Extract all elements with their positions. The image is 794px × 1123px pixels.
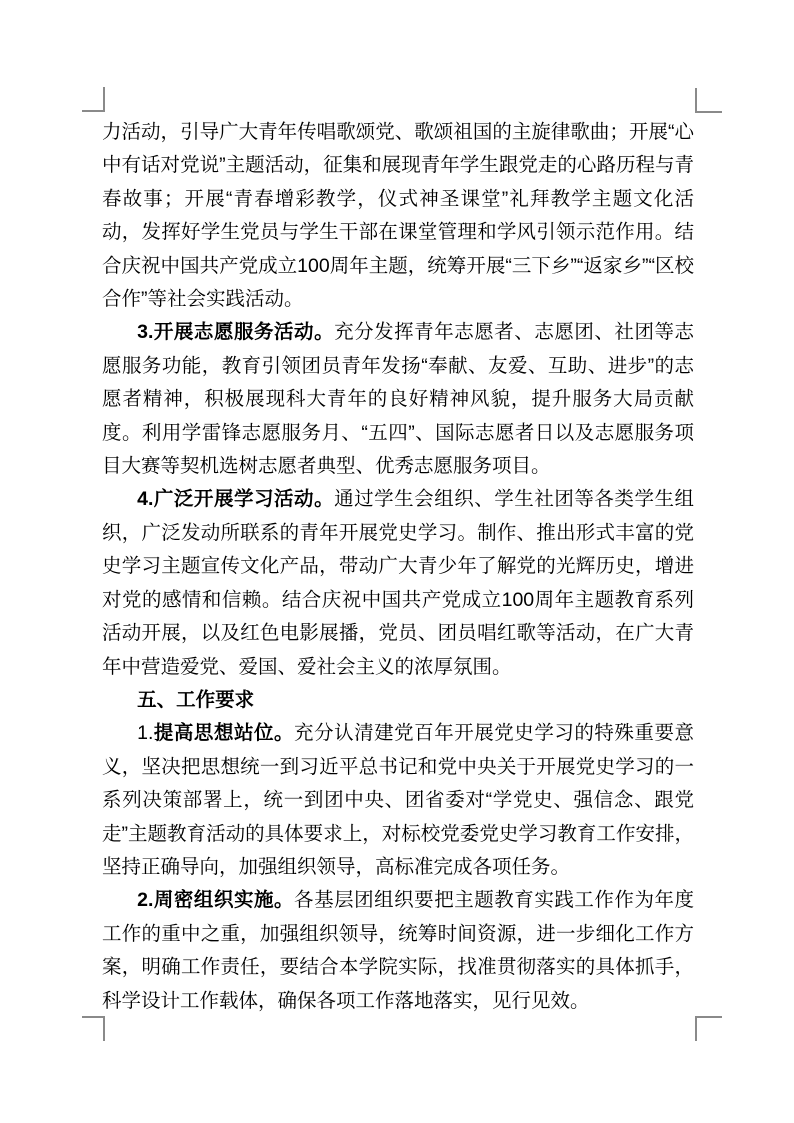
paragraph-lead-bold: 2.周密组织实施。	[137, 889, 294, 911]
margin-crop-mark-bottom-right	[695, 1016, 722, 1041]
paragraph-continued: 力活动，引导广大青年传唱歌颂党、歌颂祖国的主旋律歌曲；开展“心中有话对党说”主题…	[102, 116, 694, 316]
paragraph-lead-bold: 4.广泛开展学习活动。	[137, 488, 334, 510]
paragraph-lead-bold: 提高思想站位。	[153, 722, 294, 744]
margin-crop-mark-top-left	[82, 87, 105, 112]
document-page: 力活动，引导广大青年传唱歌颂党、歌颂祖国的主旋律歌曲；开展“心中有话对党说”主题…	[0, 0, 794, 1123]
paragraph-text: 通过学生会组织、学生社团等各类学生组织，广泛发动所联系的青年开展党史学习。制作、…	[102, 488, 694, 677]
paragraph-item-1: 1.提高思想站位。充分认清建党百年开展党史学习的特殊重要意义，坚决把思想统一到习…	[102, 717, 694, 884]
paragraph-text: 力活动，引导广大青年传唱歌颂党、歌颂祖国的主旋律歌曲；开展“心中有话对党说”主题…	[102, 121, 694, 310]
paragraph-lead-bold: 3.开展志愿服务活动。	[137, 321, 334, 343]
section-heading-text: 五、工作要求	[137, 689, 254, 711]
margin-crop-mark-top-right	[695, 88, 722, 113]
paragraph-text: 充分认清建党百年开展党史学习的特殊重要意义，坚决把思想统一到习近平总书记和党中央…	[102, 722, 694, 878]
margin-crop-mark-bottom-left	[82, 1016, 105, 1041]
section-heading-five: 五、工作要求	[102, 684, 694, 717]
paragraph-number: 1.	[137, 722, 153, 744]
document-body: 力活动，引导广大青年传唱歌颂党、歌颂祖国的主旋律歌曲；开展“心中有话对党说”主题…	[102, 116, 694, 1018]
paragraph-item-4: 4.广泛开展学习活动。通过学生会组织、学生社团等各类学生组织，广泛发动所联系的青…	[102, 483, 694, 683]
paragraph-item-3: 3.开展志愿服务活动。充分发挥青年志愿者、志愿团、社团等志愿服务功能，教育引领团…	[102, 316, 694, 483]
paragraph-text: 充分发挥青年志愿者、志愿团、社团等志愿服务功能，教育引领团员青年发扬“奉献、友爱…	[102, 321, 694, 477]
paragraph-item-2: 2.周密组织实施。各基层团组织要把主题教育实践工作作为年度工作的重中之重，加强组…	[102, 884, 694, 1018]
